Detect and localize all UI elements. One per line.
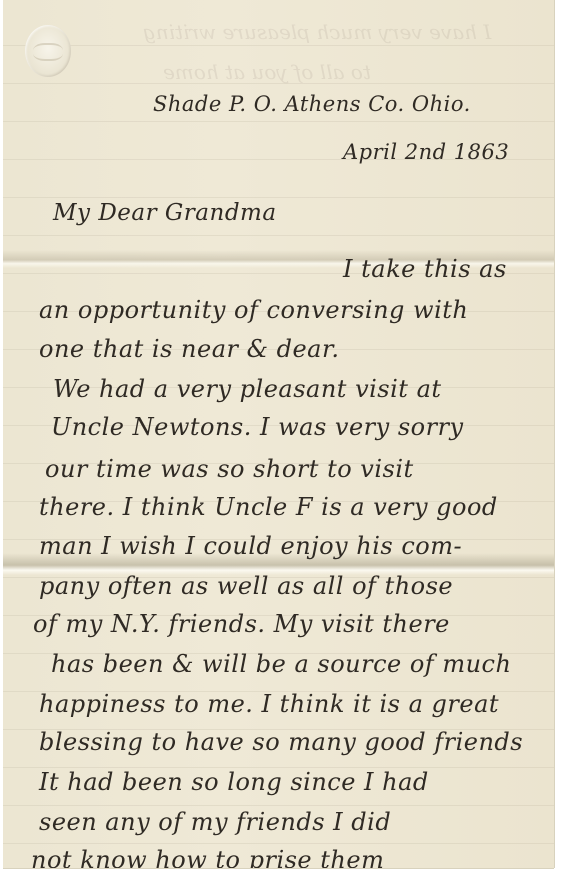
letter-line: there. I think Uncle F is a very good [39, 493, 498, 521]
letter-line: one that is near & dear. [39, 335, 339, 363]
letter-salutation: My Dear Grandma [53, 200, 277, 226]
letter-line: happiness to me. I think it is a great [39, 690, 499, 718]
bleed-through-text: I have very much pleasure writing [143, 20, 491, 44]
letter-line: pany often as well as all of those [39, 572, 453, 600]
letter-line: not know how to prise them [31, 846, 384, 868]
letter-line: It had been so long since I had [39, 768, 429, 796]
letter-page: I have very much pleasure writing to all… [3, 0, 554, 868]
bleed-through-text: to all of you at home [163, 60, 371, 84]
letter-line: We had a very pleasant visit at [53, 375, 442, 403]
embossed-seal-icon [25, 25, 71, 77]
letter-line: seen any of my friends I did [39, 808, 391, 836]
letter-line: of my N.Y. friends. My visit there [33, 610, 450, 638]
letter-line: our time was so short to visit [45, 455, 414, 483]
letter-date: April 2nd 1863 [343, 140, 509, 164]
letter-line: has been & will be a source of much [51, 650, 511, 678]
letter-line: Uncle Newtons. I was very sorry [51, 413, 464, 441]
letter-line: an opportunity of conversing with [39, 296, 468, 324]
letter-line: blessing to have so many good friends [39, 728, 523, 756]
letter-place: Shade P. O. Athens Co. Ohio. [153, 92, 471, 116]
letter-line: I take this as [343, 255, 507, 283]
letter-line: man I wish I could enjoy his com- [39, 532, 462, 560]
